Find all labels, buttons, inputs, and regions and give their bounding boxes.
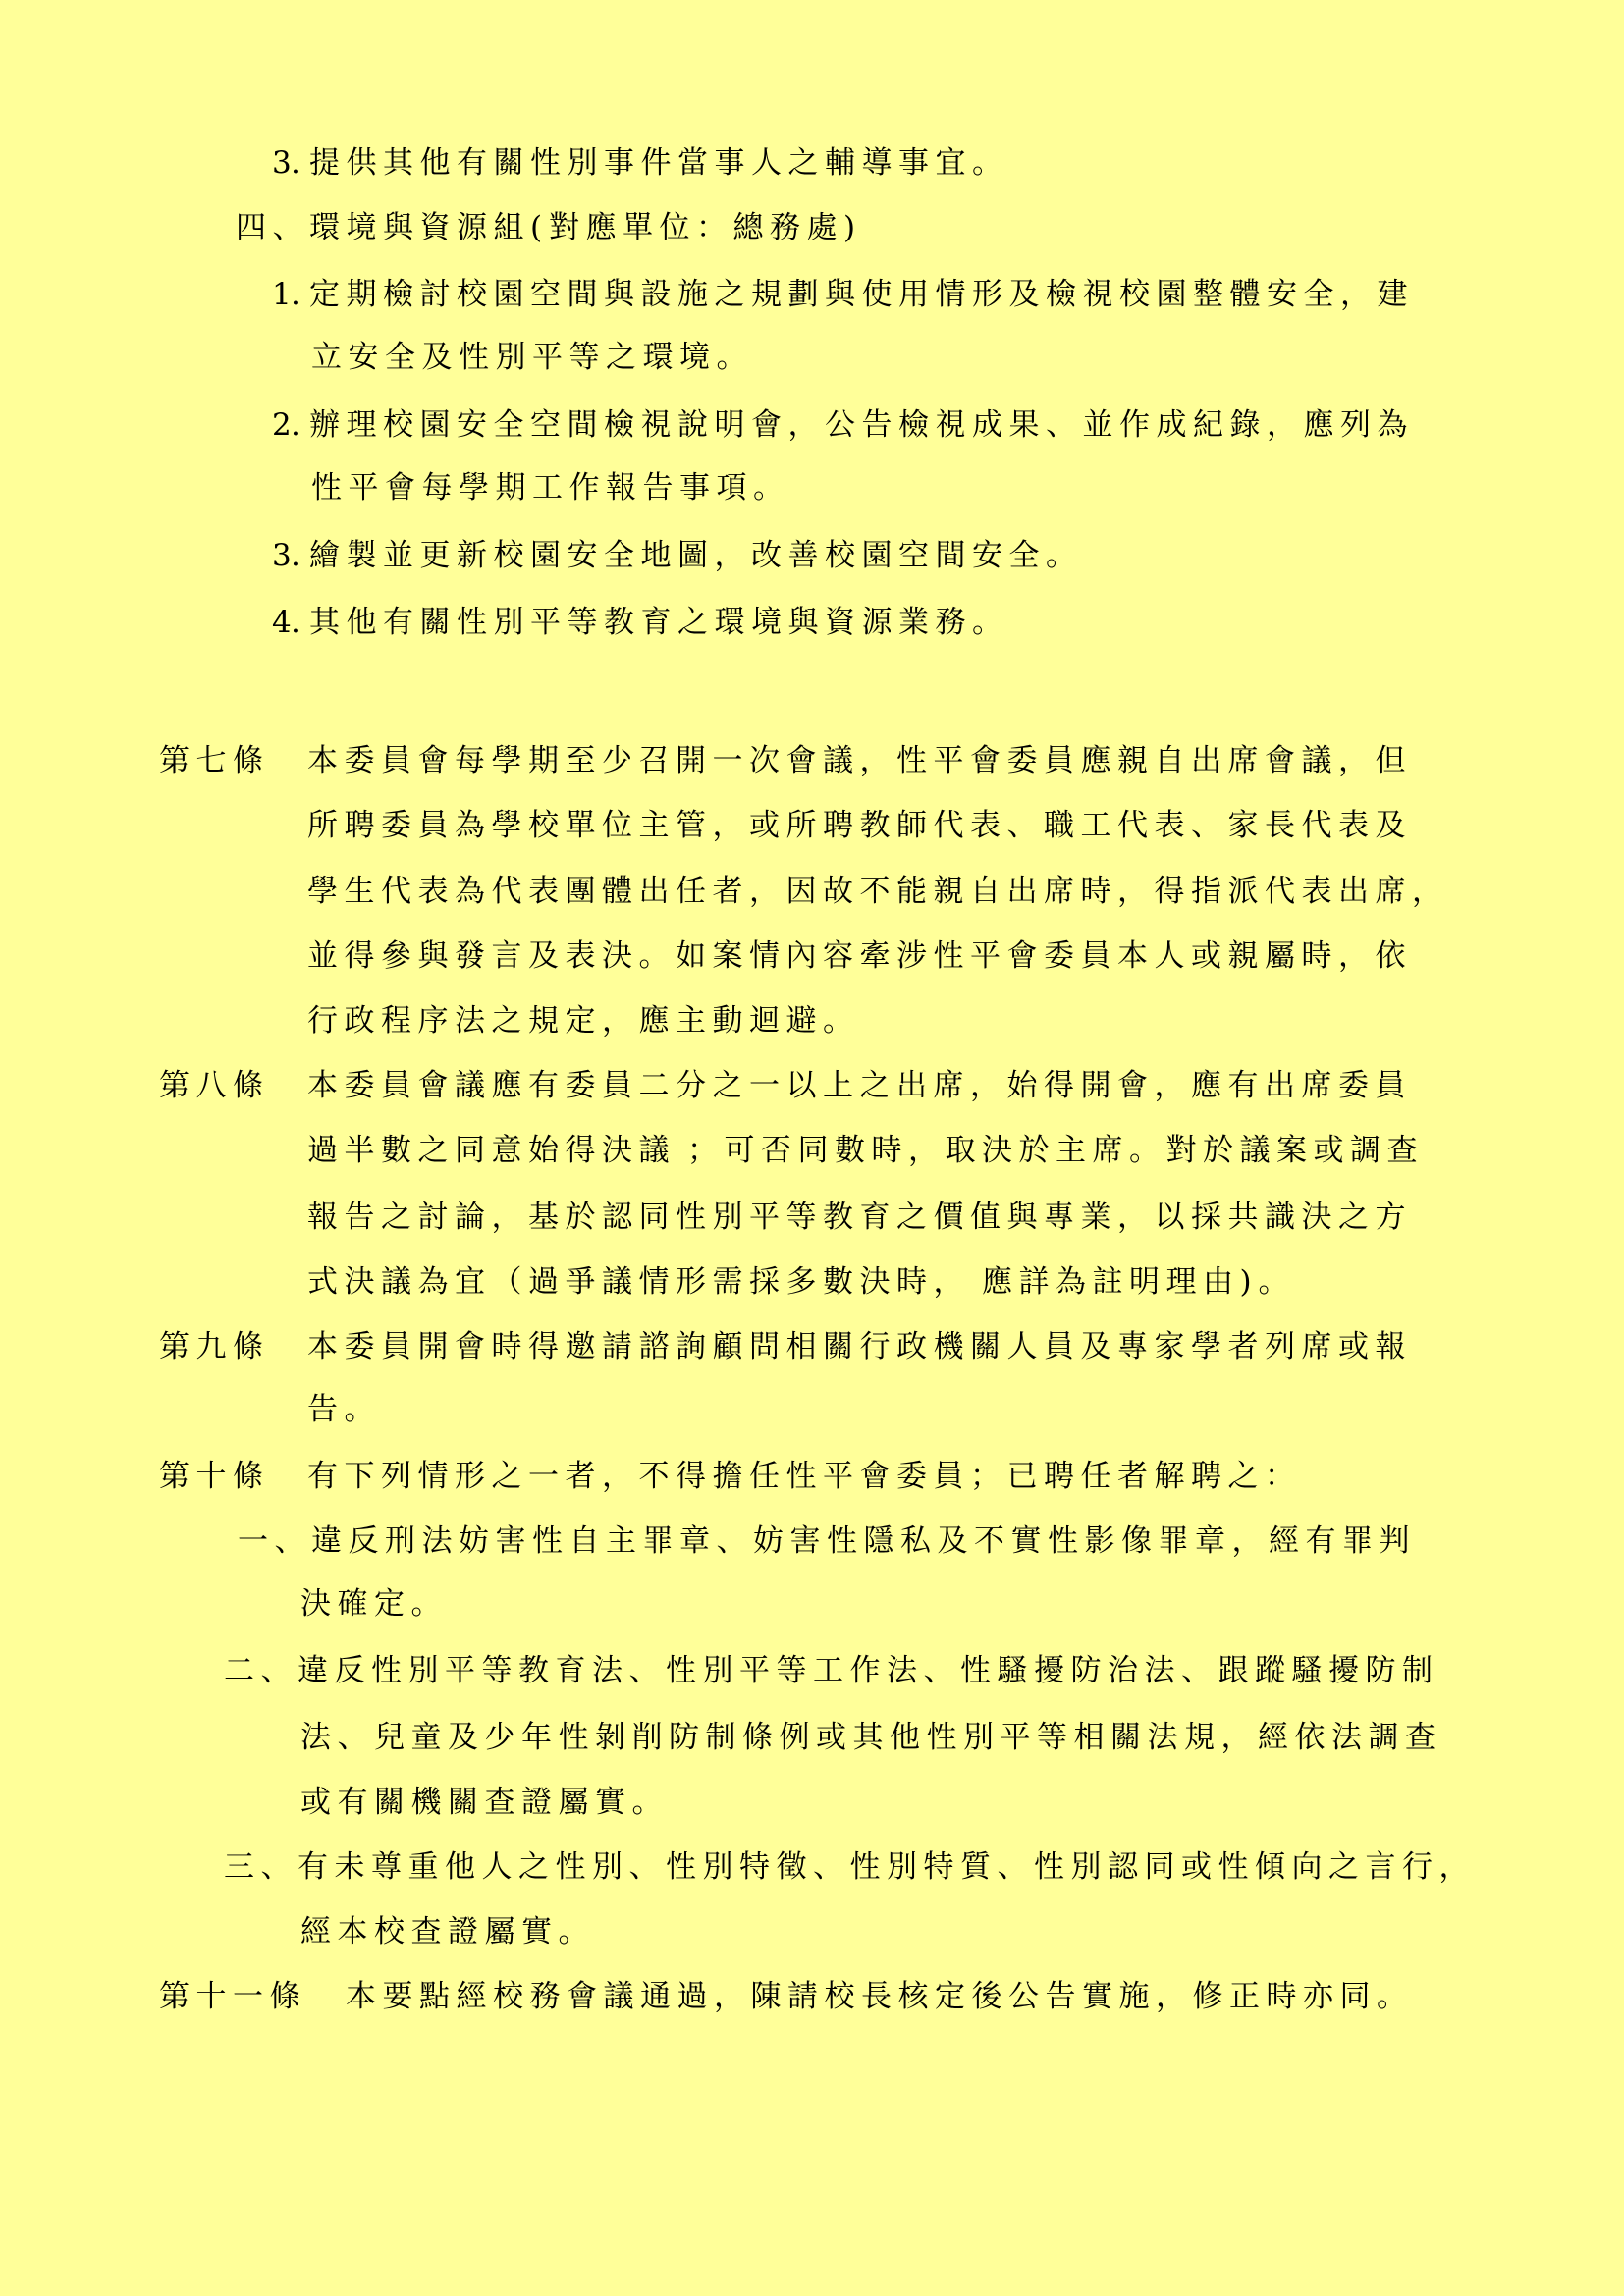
text-line: 所聘委員為學校單位主管，或所聘教師代表、職工代表、家長代表及 (307, 808, 1412, 843)
text-line: 性平會每學期工作報告事項。 (311, 470, 790, 506)
text-line: 並得參與發言及表決。如案情內容牽涉性平會委員本人或親屬時，依 (307, 938, 1412, 974)
text-line: 第九條 (159, 1329, 270, 1364)
text-line: 第十條 (159, 1459, 270, 1494)
text-line: 本要點經校務會議通過，陳請校長核定後公告實施，修正時亦同。 (346, 1979, 1414, 2014)
text-line: 決確定。 (300, 1586, 448, 1622)
text-line: 四、環境與資源組(對應單位：總務處) (236, 210, 862, 245)
text-line: 或有關機關查證屬實。 (300, 1785, 669, 1820)
text-line: 一、違反刑法妨害性自主罪章、妨害性隱私及不實性影像罪章，經有罪判 (238, 1523, 1416, 1559)
text-line: 經本校查證屬實。 (300, 1914, 595, 1949)
text-line: 過半數之同意始得決議 ；可否同數時，取決於主席。對於議案或調查 (307, 1133, 1424, 1168)
text-line: 3.繪製並更新校園安全地圖，改善校園空間安全。 (272, 538, 1083, 573)
text-line: 立安全及性別平等之環境。 (311, 340, 753, 375)
text-line: 本委員開會時得邀請諮詢顧問相關行政機關人員及專家學者列席或報 (307, 1329, 1412, 1364)
text-line: 二、違反性別平等教育法、性別平等工作法、性騷擾防治法、跟蹤騷擾防制 (224, 1653, 1439, 1688)
text-line: 三、有未尊重他人之性別、性別特徵、性別特質、性別認同或性傾向之言行， (224, 1849, 1476, 1885)
text-line: 學生代表為代表團體出任者，因故不能親自出席時，得指派代表出席， (307, 874, 1449, 909)
text-line: 第七條 (159, 743, 270, 778)
text-line: 1.定期檢討校園空間與設施之規劃與使用情形及檢視校園整體安全，建 (272, 277, 1414, 312)
text-line: 第八條 (159, 1068, 270, 1103)
text-line: 行政程序法之規定，應主動迴避。 (307, 1003, 860, 1039)
text-line: 告。 (307, 1392, 381, 1427)
text-line: 2.辦理校園安全空間檢視說明會，公告檢視成果、並作成紀錄，應列為 (272, 407, 1414, 443)
text-line: 報告之討論，基於認同性別平等教育之價值與專業，以採共識決之方 (307, 1200, 1412, 1235)
text-line: 第十一條 (159, 1979, 306, 2014)
text-line: 本委員會每學期至少召開一次會議，性平會委員應親自出席會議，但 (307, 743, 1412, 778)
text-line: 4.其他有關性別平等教育之環境與資源業務。 (272, 605, 1009, 640)
text-line: 有下列情形之一者，不得擔任性平會委員；已聘任者解聘之： (307, 1459, 1302, 1494)
text-line: 本委員會議應有委員二分之一以上之出席，始得開會，應有出席委員 (307, 1068, 1412, 1103)
text-line: 3.提供其他有關性別事件當事人之輔導事宜。 (272, 145, 1009, 181)
text-line: 法、兒童及少年性剝削防制條例或其他性別平等相關法規，經依法調查 (300, 1720, 1442, 1755)
text-line: 式決議為宜（過爭議情形需採多數決時， 應詳為註明理由)。 (307, 1264, 1295, 1300)
